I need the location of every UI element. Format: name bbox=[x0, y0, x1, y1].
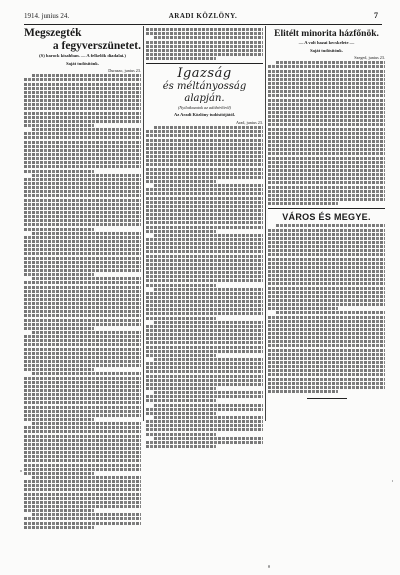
column-3: Elitélt minorita házfőnök. — A volt haza… bbox=[268, 27, 385, 404]
subheadline: — A volt hazai kecskelete — bbox=[268, 40, 385, 46]
header-rule bbox=[24, 24, 382, 25]
dateline: Arad, junius 23. bbox=[146, 120, 263, 125]
section-rule bbox=[146, 63, 263, 64]
subtitle: (Nyilatkozatok az adóbérlőről) bbox=[146, 105, 263, 110]
headline: Megszegték bbox=[24, 27, 141, 40]
scan-speck bbox=[392, 480, 393, 482]
dateline: Szeged, junius 23. bbox=[268, 55, 385, 60]
headline: Elitélt minorita házfőnök. bbox=[268, 28, 385, 40]
dateline: Durazzo, junius 23. bbox=[24, 68, 141, 73]
article-end-rule bbox=[307, 398, 347, 399]
section-body bbox=[268, 224, 385, 393]
article-continuation bbox=[146, 28, 263, 60]
article-body bbox=[24, 74, 141, 528]
column-2: Igazság és méltányosság alapján. (Nyilat… bbox=[146, 27, 263, 449]
byline: Saját tudósítónk. bbox=[24, 61, 141, 66]
article-body bbox=[268, 61, 385, 205]
column-divider bbox=[265, 26, 266, 421]
section-title: VÁROS ÉS MEGYE. bbox=[268, 215, 385, 220]
section-rule bbox=[268, 208, 385, 209]
page-header: 1914. junius 24. ARADI KÖZLÖNY. 7 bbox=[24, 12, 382, 24]
subheadline: (S) barock kisahban. — A felkelők diadal… bbox=[24, 53, 141, 59]
article-body bbox=[146, 126, 263, 448]
ornate-headline: Igazság bbox=[146, 67, 263, 81]
scan-speck bbox=[268, 565, 270, 568]
column-divider bbox=[143, 26, 144, 421]
headline-continued: a fegyverszünetet. bbox=[24, 40, 141, 53]
newspaper-page: 1914. junius 24. ARADI KÖZLÖNY. 7 Megsze… bbox=[0, 0, 400, 575]
ornate-headline-continued: és méltányosság alapján. bbox=[146, 81, 263, 105]
byline: Az Aradi Közlöny tudósítójától. bbox=[146, 112, 263, 117]
page-number: 7 bbox=[374, 11, 378, 20]
byline: Saját tudósítónk. bbox=[268, 48, 385, 53]
newspaper-title: ARADI KÖZLÖNY. bbox=[24, 12, 382, 20]
scan-speck bbox=[20, 470, 22, 472]
column-1: Megszegték a fegyverszünetet. (S) barock… bbox=[24, 27, 141, 530]
